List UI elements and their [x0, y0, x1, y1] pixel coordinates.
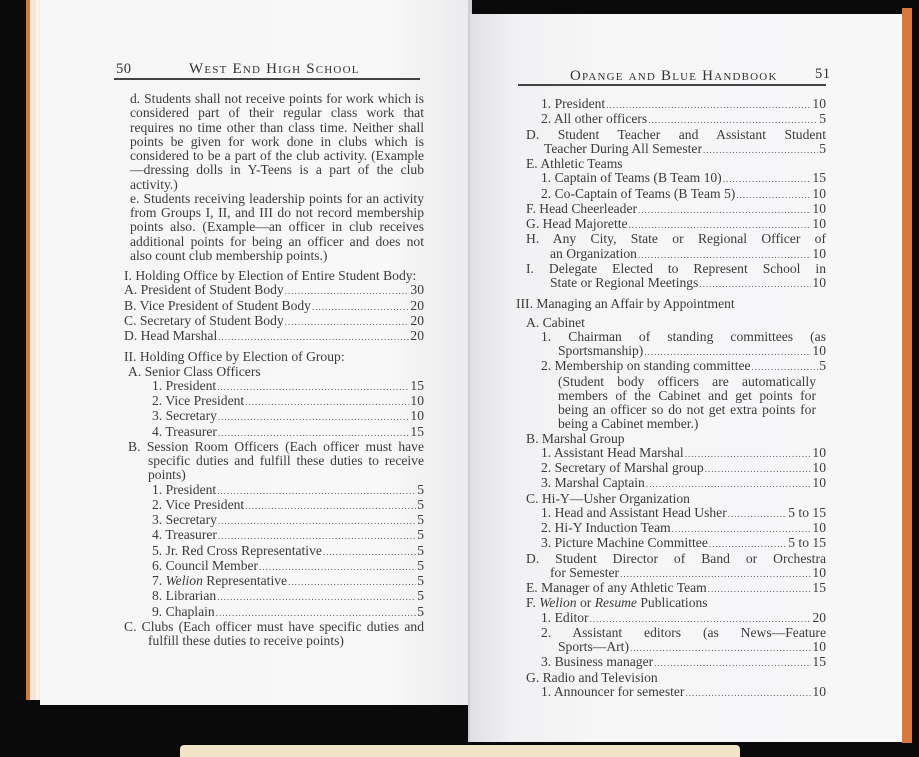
section-III-F-title: F. Welion or Resume Publications	[526, 596, 826, 610]
book-cover-edge-right	[902, 8, 912, 743]
list-item: G. Head Majorette10	[526, 217, 826, 232]
list-item: A. President of Student Body30	[124, 283, 424, 298]
list-item: for Semester10	[526, 566, 826, 581]
list-item: 7. Welion Representative5	[124, 574, 424, 589]
list-item: 1. Captain of Teams (B Team 10)15	[526, 171, 826, 186]
list-item: 3. Secretary10	[124, 409, 424, 424]
list-item: D. Head Marshal20	[124, 329, 424, 344]
list-item: 1. Announcer for semester10	[526, 685, 826, 700]
list-item: 1. Editor20	[526, 611, 826, 626]
list-item: 2. Hi-Y Induction Team10	[526, 521, 826, 536]
item-E-title: E. Athletic Teams	[526, 157, 826, 171]
list-item: 3. Marshal Captain10	[526, 476, 826, 491]
rule-e: e. Students receiving leadership points …	[124, 192, 424, 263]
list-item: 6. Council Member5	[124, 559, 424, 574]
item-D-line1: D. Student Teacher and Assistant Student	[526, 128, 826, 142]
list-item: C. Secretary of Student Body20	[124, 314, 424, 329]
section-II-C-title: C. Clubs (Each officer must have specifi…	[124, 620, 424, 649]
section-III-C-title: C. Hi-Y—Usher Organization	[526, 492, 826, 506]
list-item: State or Regional Meetings10	[526, 276, 826, 291]
list-item: Sportsmanship)10	[526, 344, 826, 359]
list-item: 2. Vice President5	[124, 498, 424, 513]
list-item: F. Head Cheerleader10	[526, 202, 826, 217]
section-II-title: II. Holding Office by Election of Group:	[124, 350, 424, 364]
list-item: Sports—Art)10	[526, 640, 826, 655]
rule-d: d. Students shall not receive points for…	[124, 92, 424, 192]
list-item: Teacher During All Semester5	[526, 142, 826, 157]
cabinet-item1-line1: 1. Chairman of standing committees (as	[526, 330, 826, 344]
left-page-number: 50	[116, 61, 132, 78]
list-item: 3. Picture Machine Committee5 to 15	[526, 536, 826, 551]
list-item: 3. Secretary5	[124, 513, 424, 528]
section-III-D-line1: D. Student Director of Band or Orchestra	[526, 552, 826, 566]
section-II-B-title: B. Session Room Officers (Each officer m…	[124, 440, 424, 483]
list-item: B. Vice President of Student Body20	[124, 299, 424, 314]
section-III-G-title: G. Radio and Television	[526, 671, 826, 685]
right-page-number: 51	[815, 66, 831, 83]
section-III-title: III. Managing an Affair by Appointment	[516, 297, 826, 311]
section-III-B-title: B. Marshal Group	[526, 432, 826, 446]
item-I-line1: I. Delegate Elected to Represent School …	[526, 262, 826, 276]
right-page-body: 1. President10 2. All other officers5 D.…	[526, 97, 826, 700]
publications-item2-line1: 2. Assistant editors (as News—Feature	[526, 626, 826, 640]
list-item: 1. President5	[124, 483, 424, 498]
list-item: 5. Jr. Red Cross Representative5	[124, 544, 424, 559]
list-item: 2. Co-Captain of Teams (B Team 5)10	[526, 187, 826, 202]
list-item: an Organization10	[526, 247, 826, 262]
right-running-head: Opange and Blue Handbook	[570, 68, 778, 85]
list-item: 1. President15	[124, 379, 424, 394]
left-page-body: d. Students shall not receive points for…	[124, 92, 424, 648]
item-H-line1: H. Any City, State or Regional Officer o…	[526, 232, 826, 246]
list-item: 9. Chaplain5	[124, 605, 424, 620]
list-item: 2. Vice President10	[124, 394, 424, 409]
list-item: 1. President10	[526, 97, 826, 112]
list-item: 2. Membership on standing committee5	[526, 359, 826, 374]
list-item: 4. Treasurer5	[124, 528, 424, 543]
list-item: E. Manager of any Athletic Team15	[526, 581, 826, 596]
left-header-rule	[114, 78, 420, 80]
list-item: 1. Assistant Head Marshal10	[526, 446, 826, 461]
cabinet-note: (Student body officers are automatically…	[526, 375, 826, 432]
list-item: 2. All other officers5	[526, 112, 826, 127]
section-II-A-title: A. Senior Class Officers	[124, 365, 424, 379]
list-item: 4. Treasurer15	[124, 425, 424, 440]
list-item: 1. Head and Assistant Head Usher5 to 15	[526, 506, 826, 521]
section-I-title: I. Holding Office by Election of Entire …	[124, 269, 424, 283]
list-item: 8. Librarian5	[124, 589, 424, 604]
section-III-A-title: A. Cabinet	[526, 316, 826, 330]
right-header-rule	[518, 84, 826, 86]
list-item: 2. Secretary of Marshal group10	[526, 461, 826, 476]
list-item: 3. Business manager15	[526, 655, 826, 670]
left-running-head: West End High School	[189, 61, 360, 78]
book-bottom-edge	[180, 745, 740, 757]
